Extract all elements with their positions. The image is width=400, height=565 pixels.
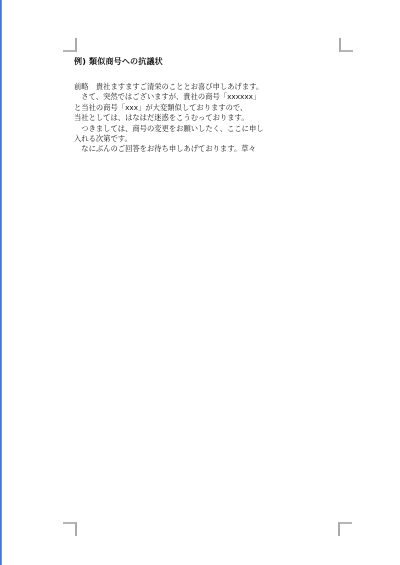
crop-mark-bottom-right-icon: [338, 522, 352, 536]
document-page[interactable]: 例) 類似商号への抗議状 前略 貴社ますますご清栄のこととお喜び申しあげます。 …: [0, 0, 400, 565]
body-line[interactable]: さて、突然ではございますが、貴社の商号「xxxxxx」: [74, 92, 304, 102]
body-line[interactable]: と当社の商号「xxx」が大変類似しておりますので、: [74, 103, 304, 113]
letter-body[interactable]: 前略 貴社ますますご清栄のこととお喜び申しあげます。 さて、突然ではございますが…: [74, 82, 304, 155]
document-title[interactable]: 例) 類似商号への抗議状: [74, 57, 163, 67]
crop-mark-top-right-icon: [339, 38, 353, 52]
body-line[interactable]: 前略 貴社ますますご清栄のこととお喜び申しあげます。: [74, 82, 304, 92]
body-line[interactable]: なにぶんのご回答をお待ち申しあげております。草々: [74, 144, 304, 154]
body-line[interactable]: 入れる次第です。: [74, 134, 304, 144]
crop-mark-bottom-left-icon: [63, 522, 77, 536]
body-line[interactable]: つきましては、商号の変更をお願いしたく、ここに申し: [74, 124, 304, 134]
body-line[interactable]: 当社としては、はなはだ迷惑をこうむっております。: [74, 113, 304, 123]
window-left-edge-line: [0, 0, 2, 565]
crop-mark-top-left-icon: [63, 38, 77, 52]
